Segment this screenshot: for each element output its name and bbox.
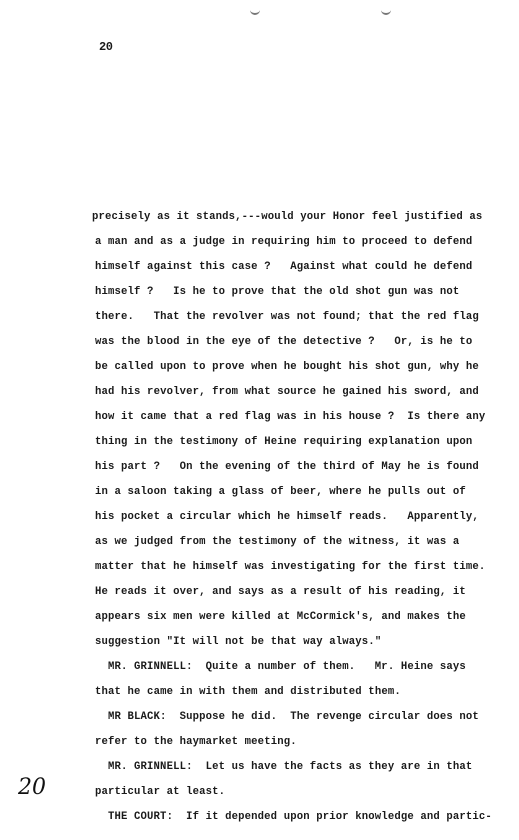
text-line: matter that he himself was investigating… bbox=[95, 561, 485, 573]
text-line: be called upon to prove when he bought h… bbox=[95, 361, 479, 373]
text-line: precisely as it stands,---would your Hon… bbox=[92, 211, 482, 223]
text-line: suggestion "It will not be that way alwa… bbox=[95, 636, 381, 648]
text-line: his pocket a circular which he himself r… bbox=[95, 511, 479, 523]
text-line: appears six men were killed at McCormick… bbox=[95, 611, 466, 623]
handwritten-page-number: 20 bbox=[18, 775, 46, 800]
text-line: had his revolver, from what source he ga… bbox=[95, 386, 479, 398]
scan-mark bbox=[381, 10, 391, 15]
text-line: himself ? Is he to prove that the old sh… bbox=[95, 286, 459, 298]
text-line: particular at least. bbox=[95, 786, 225, 798]
speaker-line: MR. GRINNELL: Let us have the facts as t… bbox=[108, 761, 472, 773]
text-line: his part ? On the evening of the third o… bbox=[95, 461, 479, 473]
text-line: thing in the testimony of Heine requirin… bbox=[95, 436, 472, 448]
page-number: 20 bbox=[99, 40, 112, 54]
text-line: refer to the haymarket meeting. bbox=[95, 736, 297, 748]
text-line: He reads it over, and says as a result o… bbox=[95, 586, 466, 598]
text-line: himself against this case ? Against what… bbox=[95, 261, 472, 273]
text-line: there. That the revolver was not found; … bbox=[95, 311, 479, 323]
scan-mark bbox=[250, 10, 260, 15]
speaker-line: THE COURT: If it depended upon prior kno… bbox=[108, 811, 492, 823]
text-line: a man and as a judge in requiring him to… bbox=[95, 236, 472, 248]
speaker-line: MR. GRINNELL: Quite a number of them. Mr… bbox=[108, 661, 466, 673]
text-line: that he came in with them and distribute… bbox=[95, 686, 401, 698]
text-line: how it came that a red flag was in his h… bbox=[95, 411, 485, 423]
text-line: as we judged from the testimony of the w… bbox=[95, 536, 459, 548]
text-line: in a saloon taking a glass of beer, wher… bbox=[95, 486, 466, 498]
speaker-line: MR BLACK: Suppose he did. The revenge ci… bbox=[108, 711, 479, 723]
text-line: was the blood in the eye of the detectiv… bbox=[95, 336, 472, 348]
